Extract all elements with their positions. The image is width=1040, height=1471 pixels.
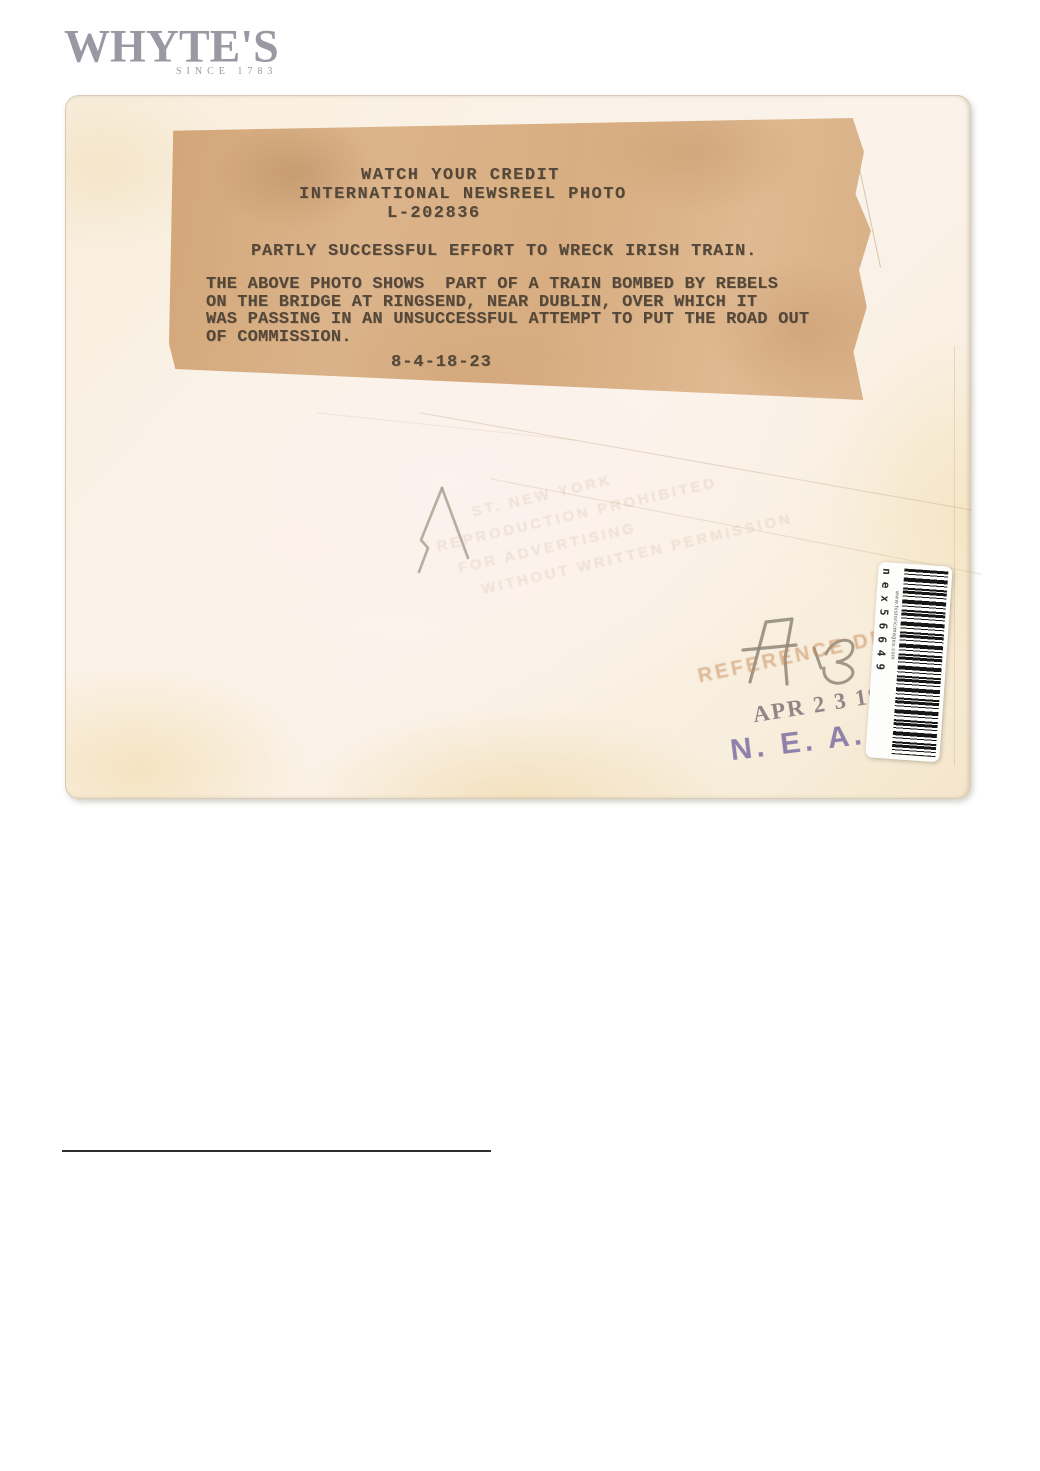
- caption-body-line: WAS PASSING IN AN UNSUCCESSFUL ATTEMPT T…: [169, 311, 871, 329]
- caption-credit-line-1: WATCH YOUR CREDIT: [169, 166, 871, 185]
- caption-date-code: 8-4-18-23: [169, 353, 871, 372]
- crease-line: [954, 346, 955, 766]
- footnote-rule: [62, 1150, 491, 1152]
- photo-reverse-scan: WATCH YOUR CREDIT INTERNATIONAL NEWSREEL…: [65, 95, 971, 799]
- caption-body-line: THE ABOVE PHOTO SHOWS PART OF A TRAIN BO…: [169, 276, 871, 294]
- caption-negative-number: L-202836: [169, 204, 871, 223]
- nea-agency-stamp: N. E. A.: [728, 718, 867, 768]
- whytes-logo: WHYTE'S SINCE 1783: [64, 22, 294, 77]
- logo-wordmark: WHYTE'S: [64, 22, 294, 71]
- caption-body-line: OF COMMISSION.: [169, 329, 871, 347]
- caption-body-line: ON THE BRIDGE AT RINGSEND, NEAR DUBLIN, …: [169, 294, 871, 312]
- pencil-mark-71: [388, 478, 498, 593]
- document-page: WHYTE'S SINCE 1783 WATCH YOUR CREDIT INT…: [0, 0, 1040, 1471]
- barcode-icon: [892, 568, 949, 757]
- caption-credit-line-2: INTERNATIONAL NEWSREEL PHOTO: [169, 185, 871, 204]
- barcode-sticker: nex56649 www.historicimages.com: [865, 562, 952, 763]
- caption-headline: PARTLY SUCCESSFUL EFFORT TO WRECK IRISH …: [169, 242, 871, 261]
- typed-caption-label: WATCH YOUR CREDIT INTERNATIONAL NEWSREEL…: [169, 118, 871, 400]
